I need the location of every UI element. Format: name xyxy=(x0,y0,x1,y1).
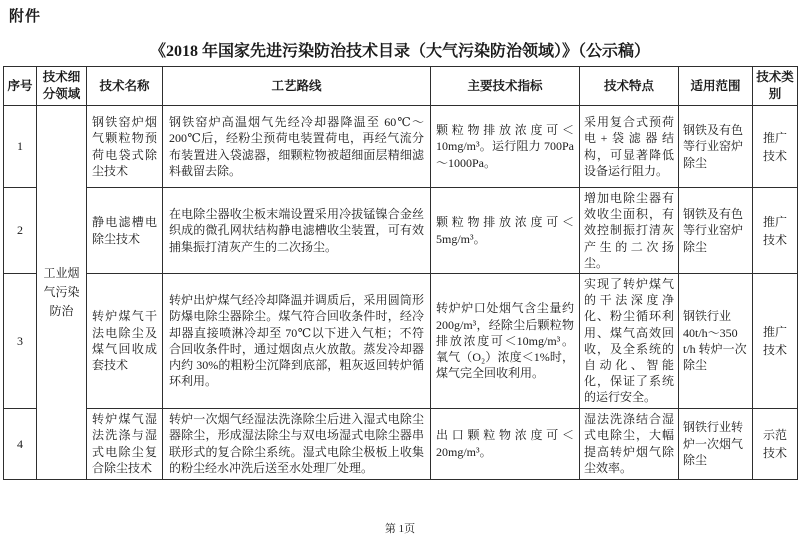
page-number: 第 1页 xyxy=(0,520,800,536)
cell-tech-features: 采用复合式预荷电+袋滤器结构，可显著降低设备运行阻力。 xyxy=(580,106,679,188)
header-tech-name: 技术名称 xyxy=(87,67,163,106)
cell-serial-number: 2 xyxy=(4,188,37,274)
cell-main-indicators: 颗粒物排放浓度可＜10mg/m³。运行阻力 700Pa～1000Pa。 xyxy=(431,106,580,188)
header-serial-number: 序号 xyxy=(4,67,37,106)
cell-process-route: 钢铁窑炉高温烟气先经冷却器降温至 60℃～200℃后，经粉尘预荷电装置荷电，再经… xyxy=(163,106,431,188)
cell-tech-name: 静电滤槽电除尘技术 xyxy=(87,188,163,274)
cell-applicable-scope: 钢铁行业转炉一次烟气除尘 xyxy=(679,408,753,479)
header-applicable-scope: 适用范围 xyxy=(679,67,753,106)
cell-tech-name: 钢铁窑炉烟气颗粒物预荷电袋式除尘技术 xyxy=(87,106,163,188)
table-row-2: 2 静电滤槽电除尘技术 在电除尘器收尘板末端设置采用冷拔锰镍合金丝织成的微孔网状… xyxy=(4,188,798,274)
cell-process-route: 转炉一次烟气经湿法洗涤除尘后进入湿式电除尘器除尘，形成湿法除尘与双电场湿式电除尘… xyxy=(163,408,431,479)
header-tech-features: 技术特点 xyxy=(580,67,679,106)
cell-main-indicators: 转炉炉口处烟气含尘量约 200g/m³，经除尘后颗粒物排放浓度可＜10mg/m³… xyxy=(431,274,580,409)
table-row-3: 3 转炉煤气干法电除尘及煤气回收成套技术 转炉出炉煤气经冷却降温并调质后，采用圆… xyxy=(4,274,798,409)
cell-tech-name: 转炉煤气干法电除尘及煤气回收成套技术 xyxy=(87,274,163,409)
cell-serial-number: 3 xyxy=(4,274,37,409)
header-tech-subfield: 技术细分领域 xyxy=(37,67,87,106)
cell-serial-number: 1 xyxy=(4,106,37,188)
technology-catalog-table: 序号 技术细分领域 技术名称 工艺路线 主要技术指标 技术特点 适用范围 技术类… xyxy=(3,66,798,480)
cell-applicable-scope: 钢铁及有色等行业窑炉除尘 xyxy=(679,106,753,188)
cell-tech-features: 实现了转炉煤气的干法深度净化、粉尘循环利用、煤气高效回收，及全系统的自动化、智能… xyxy=(580,274,679,409)
cell-serial-number: 4 xyxy=(4,408,37,479)
table-header-row: 序号 技术细分领域 技术名称 工艺路线 主要技术指标 技术特点 适用范围 技术类… xyxy=(4,67,798,106)
document-page: 附件 《2018 年国家先进污染防治技术目录（大气污染防治领域）》（公示稿） 序… xyxy=(0,0,800,543)
header-process-route: 工艺路线 xyxy=(163,67,431,106)
cell-tech-name: 转炉煤气湿法洗涤与湿式电除尘复合除尘技术 xyxy=(87,408,163,479)
cell-tech-category: 推广技术 xyxy=(753,106,798,188)
cell-main-indicators: 出口颗粒物浓度可＜20mg/m³。 xyxy=(431,408,580,479)
header-tech-category: 技术类别 xyxy=(753,67,798,106)
cell-tech-features: 增加电除尘器有效收尘面积，有效控制振打清灰产生的二次扬尘。 xyxy=(580,188,679,274)
cell-tech-category: 推广技术 xyxy=(753,188,798,274)
document-title: 《2018 年国家先进污染防治技术目录（大气污染防治领域）》（公示稿） xyxy=(0,38,800,61)
cell-process-route: 转炉出炉煤气经冷却降温并调质后，采用圆筒形防爆电除尘器除尘。煤气符合回收条件时，… xyxy=(163,274,431,409)
cell-applicable-scope: 钢铁行业 40t/h～350 t/h 转炉一次除尘 xyxy=(679,274,753,409)
cell-tech-features: 湿法洗涤结合湿式电除尘，大幅提高转炉烟气除尘效率。 xyxy=(580,408,679,479)
cell-process-route: 在电除尘器收尘板末端设置采用冷拔锰镍合金丝织成的微孔网状结构静电滤槽收尘装置，可… xyxy=(163,188,431,274)
cell-applicable-scope: 钢铁及有色等行业窑炉除尘 xyxy=(679,188,753,274)
cell-main-indicators: 颗粒物排放浓度可＜5mg/m³。 xyxy=(431,188,580,274)
attachment-label: 附件 xyxy=(9,5,41,26)
table-row-4: 4 转炉煤气湿法洗涤与湿式电除尘复合除尘技术 转炉一次烟气经湿法洗涤除尘后进入湿… xyxy=(4,408,798,479)
header-main-indicators: 主要技术指标 xyxy=(431,67,580,106)
cell-tech-category: 推广技术 xyxy=(753,274,798,409)
table-row-1: 1 工业烟气污染防治 钢铁窑炉烟气颗粒物预荷电袋式除尘技术 钢铁窑炉高温烟气先经… xyxy=(4,106,798,188)
cell-tech-subfield-group: 工业烟气污染防治 xyxy=(37,106,87,480)
cell-tech-category: 示范技术 xyxy=(753,408,798,479)
